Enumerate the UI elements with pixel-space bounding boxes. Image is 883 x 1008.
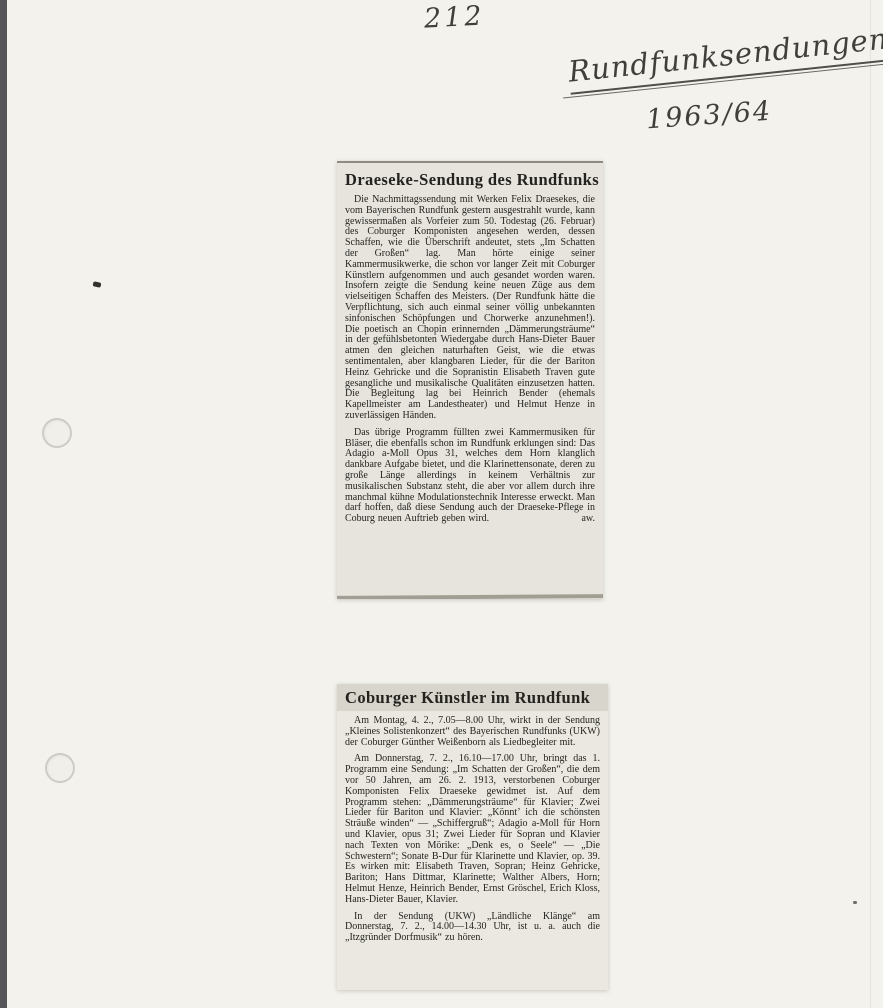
ink-speck xyxy=(93,281,102,288)
ink-speck xyxy=(853,901,857,904)
clipping-paragraph: Am Donnerstag, 7. 2., 16.10—17.00 Uhr, b… xyxy=(345,754,600,905)
clipping-paragraph: In der Sendung (UKW) „Ländliche Klänge“ … xyxy=(345,912,600,944)
clipping-coburger-kuenstler: Coburger Künstler im Rundfunk Am Montag,… xyxy=(337,684,608,990)
clipping-paragraph: Das übrige Programm füllten zwei Kammerm… xyxy=(345,428,595,525)
scanned-archive-page: { "page": { "number": "212", "heading": … xyxy=(0,0,883,1008)
clipping-title: Coburger Künstler im Rundfunk xyxy=(337,684,608,711)
author-initials: aw. xyxy=(572,514,595,525)
handwritten-heading: Rundfunksendungen xyxy=(567,21,883,97)
punch-hole-bottom xyxy=(45,753,75,783)
handwritten-page-number: 212 xyxy=(423,0,485,34)
clipping-paragraph-text: Das übrige Programm füllten zwei Kammerm… xyxy=(345,427,595,524)
punch-hole-top xyxy=(42,418,72,448)
clipping-draeseke-sendung: Draeseke-Sendung des Rundfunks Die Nachm… xyxy=(337,161,603,599)
handwritten-years: 1963/64 xyxy=(645,96,773,136)
clipping-title: Draeseke-Sendung des Rundfunks xyxy=(345,170,595,190)
page-right-edge xyxy=(870,0,871,1008)
binder-spine-edge xyxy=(0,0,7,1008)
clipping-paragraph: Am Montag, 4. 2., 7.05—8.00 Uhr, wirkt i… xyxy=(345,716,600,748)
clipping-paragraph: Die Nachmittagssendung mit Werken Felix … xyxy=(345,195,595,422)
